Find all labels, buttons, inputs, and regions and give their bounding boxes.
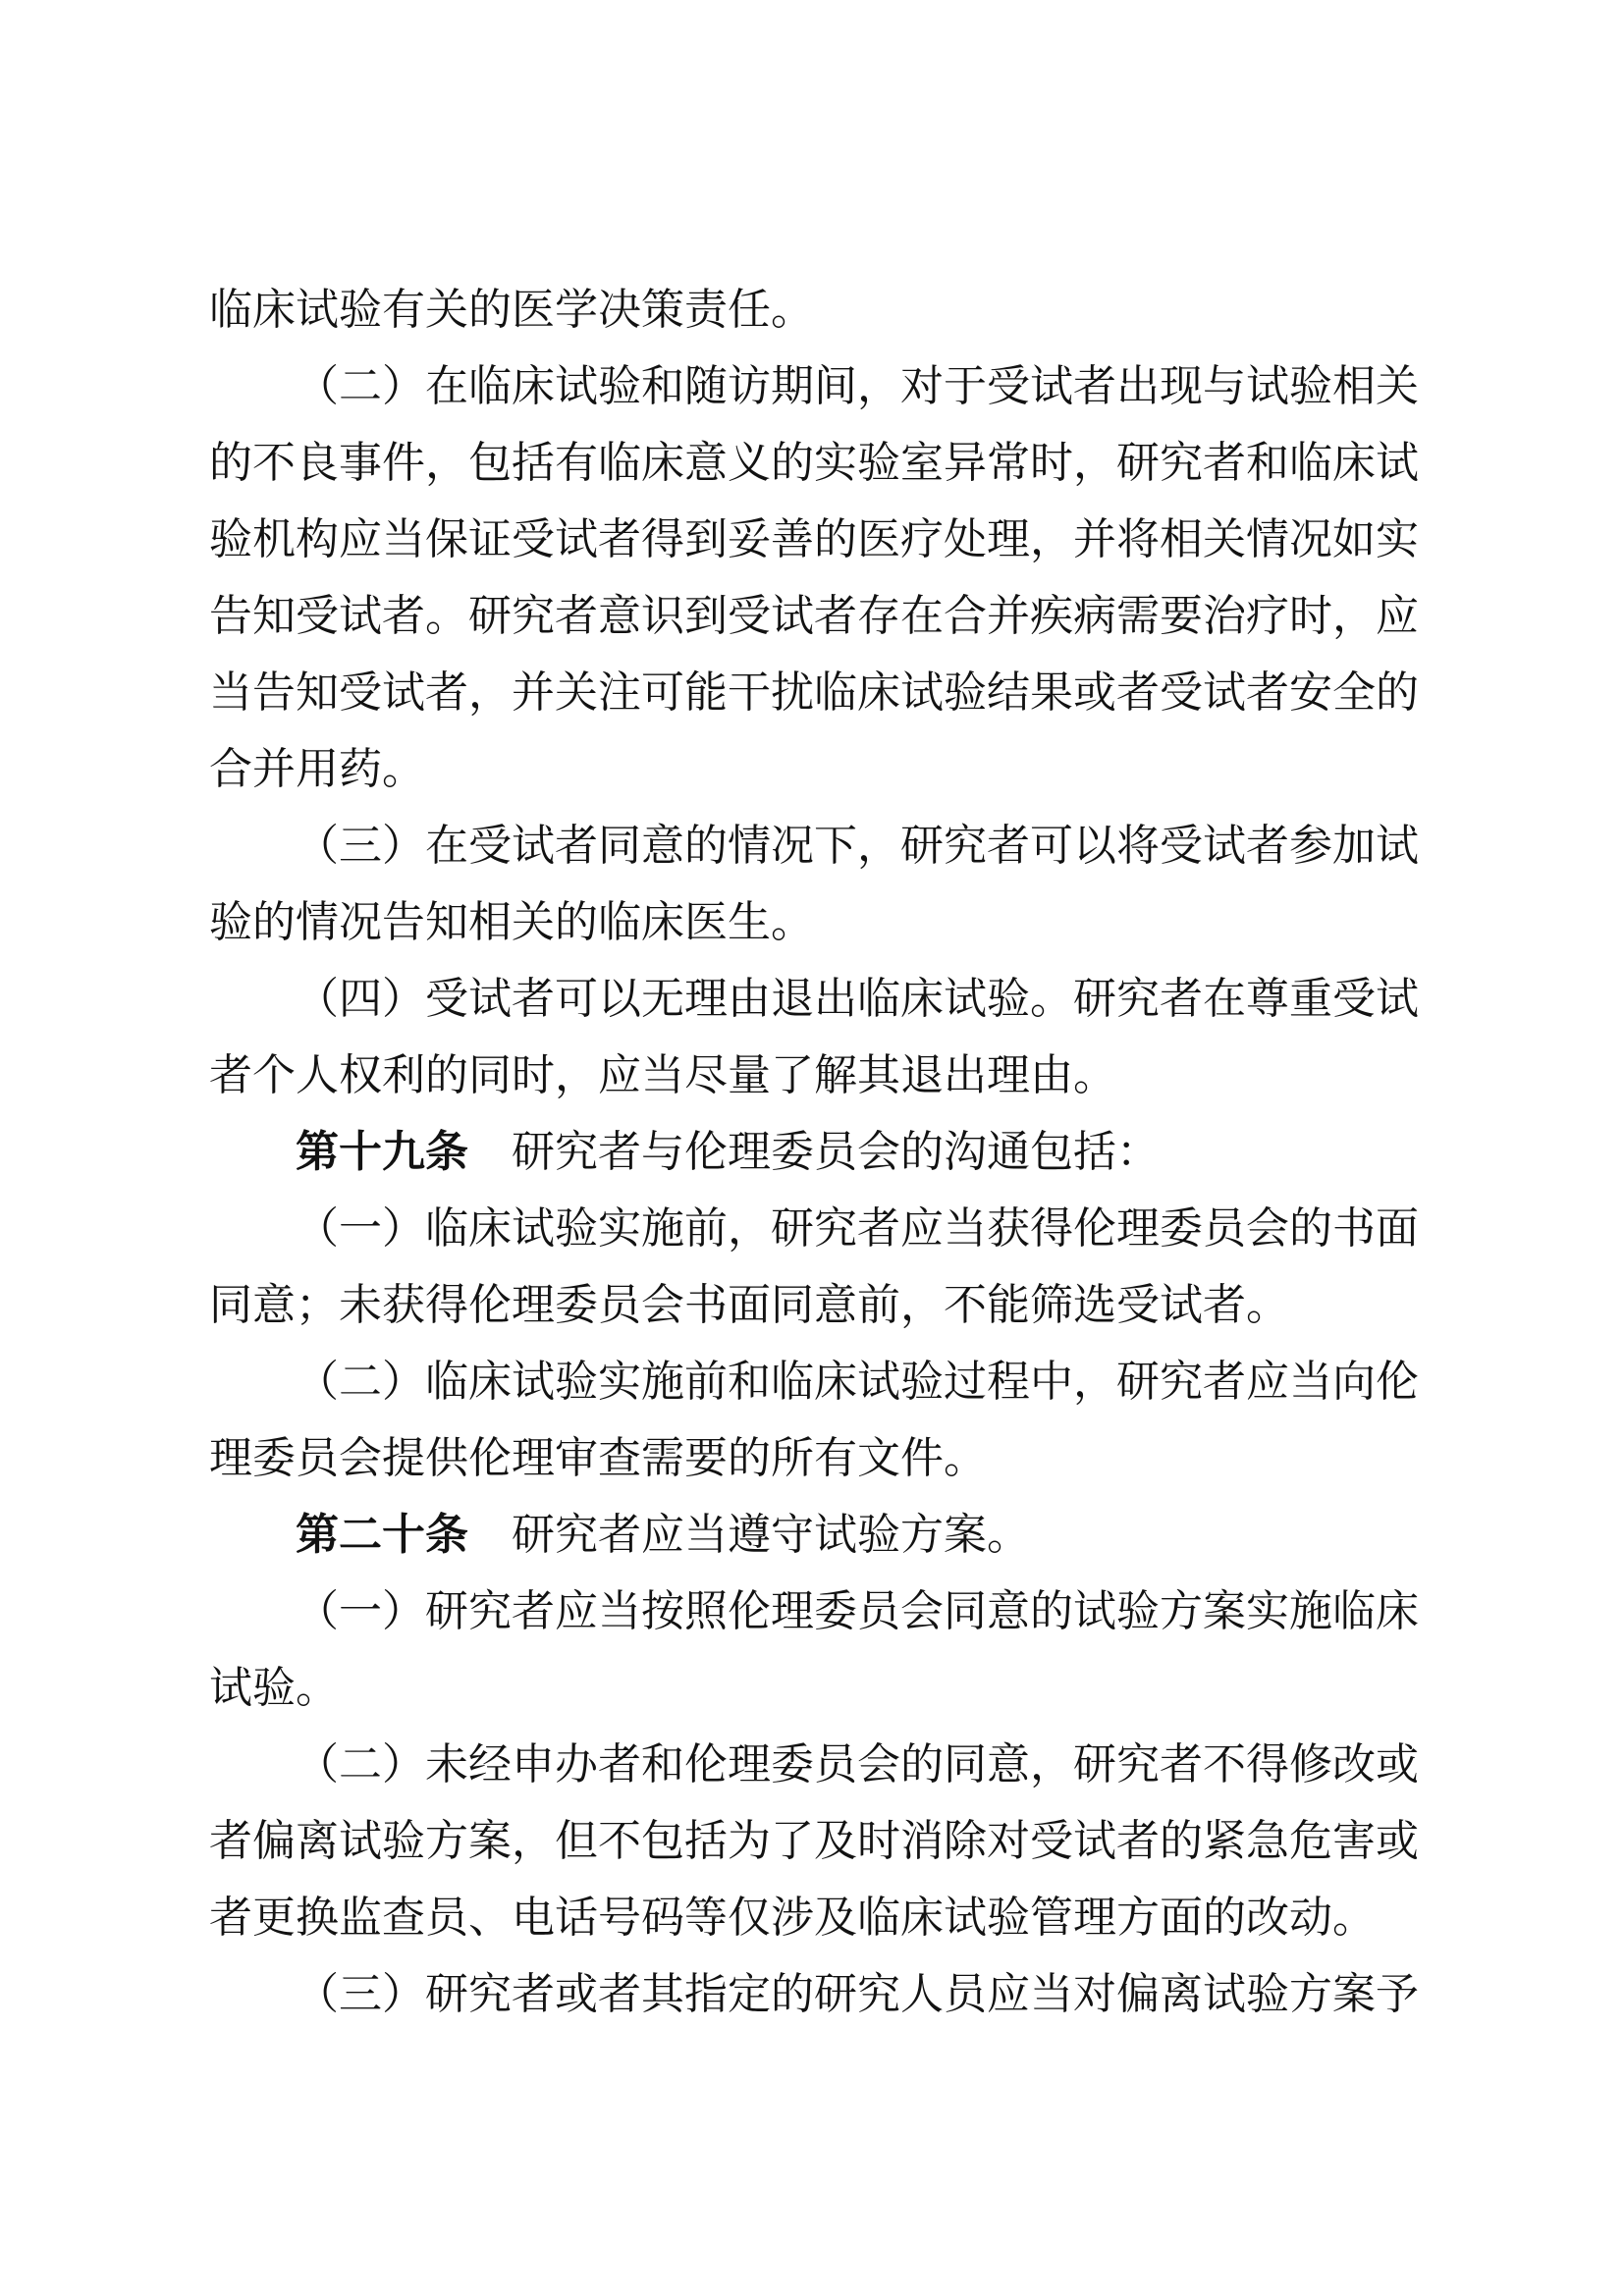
text-line: （一）研究者应当按照伦理委员会同意的试验方案实施临床 <box>209 1574 1415 1650</box>
line-text: （三）研究者或者其指定的研究人员应当对偏离试验方案予 <box>296 1969 1419 2019</box>
text-line: （一）临床试验实施前，研究者应当获得伦理委员会的书面 <box>209 1191 1415 1267</box>
line-text: 同意；未获得伦理委员会书面同意前，不能筛选受试者。 <box>209 1280 1289 1330</box>
line-text: 临床试验有关的医学决策责任。 <box>209 285 814 335</box>
text-line: 临床试验有关的医学决策责任。 <box>209 272 1415 348</box>
line-text: 者偏离试验方案，但不包括为了及时消除对受试者的紧急危害或 <box>209 1816 1419 1866</box>
line-text: 理委员会提供伦理审查需要的所有文件。 <box>209 1433 987 1483</box>
line-text: 告知受试者。研究者意识到受试者存在合并疾病需要治疗时，应 <box>209 591 1419 641</box>
line-text: 者更换监查员、电话号码等仅涉及临床试验管理方面的改动。 <box>209 1893 1376 1943</box>
line-text: 当告知受试者，并关注可能干扰临床试验结果或者受试者安全的 <box>209 667 1419 718</box>
line-text: 验机构应当保证受试者得到妥善的医疗处理，并将相关情况如实 <box>209 514 1419 564</box>
text-line: 者个人权利的同时，应当尽量了解其退出理由。 <box>209 1038 1415 1114</box>
text-line: （三）研究者或者其指定的研究人员应当对偏离试验方案予 <box>209 1956 1415 2033</box>
text-line: 同意；未获得伦理委员会书面同意前，不能筛选受试者。 <box>209 1267 1415 1344</box>
text-line: 合并用药。 <box>209 731 1415 808</box>
line-text: 验的情况告知相关的临床医生。 <box>209 897 814 947</box>
line-text: 研究者应当遵守试验方案。 <box>468 1510 1030 1560</box>
text-line: 第十九条 研究者与伦理委员会的沟通包括： <box>209 1114 1415 1191</box>
line-text: （三）在受试者同意的情况下，研究者可以将受试者参加试 <box>296 821 1419 871</box>
text-line: （四）受试者可以无理由退出临床试验。研究者在尊重受试 <box>209 961 1415 1038</box>
text-line: （二）在临床试验和随访期间，对于受试者出现与试验相关 <box>209 348 1415 425</box>
document-page: 临床试验有关的医学决策责任。（二）在临床试验和随访期间，对于受试者出现与试验相关… <box>0 0 1624 2296</box>
text-line: 者更换监查员、电话号码等仅涉及临床试验管理方面的改动。 <box>209 1880 1415 1956</box>
line-text: （二）在临床试验和随访期间，对于受试者出现与试验相关 <box>296 361 1419 411</box>
line-text: 研究者与伦理委员会的沟通包括： <box>468 1127 1160 1177</box>
article-number: 第十九条 <box>296 1127 468 1177</box>
line-text: （一）研究者应当按照伦理委员会同意的试验方案实施临床 <box>296 1586 1419 1636</box>
text-line: 验机构应当保证受试者得到妥善的医疗处理，并将相关情况如实 <box>209 502 1415 578</box>
text-line: （二）临床试验实施前和临床试验过程中，研究者应当向伦 <box>209 1344 1415 1420</box>
text-line: 理委员会提供伦理审查需要的所有文件。 <box>209 1420 1415 1497</box>
line-text: 试验。 <box>209 1663 339 1713</box>
text-line: 当告知受试者，并关注可能干扰临床试验结果或者受试者安全的 <box>209 655 1415 731</box>
article-number: 第二十条 <box>296 1510 468 1560</box>
text-line: 告知受试者。研究者意识到受试者存在合并疾病需要治疗时，应 <box>209 578 1415 655</box>
line-text: （二）临床试验实施前和临床试验过程中，研究者应当向伦 <box>296 1357 1419 1407</box>
text-line: （三）在受试者同意的情况下，研究者可以将受试者参加试 <box>209 808 1415 884</box>
text-line: 者偏离试验方案，但不包括为了及时消除对受试者的紧急危害或 <box>209 1803 1415 1880</box>
text-line: 第二十条 研究者应当遵守试验方案。 <box>209 1497 1415 1574</box>
text-line: （二）未经申办者和伦理委员会的同意，研究者不得修改或 <box>209 1727 1415 1803</box>
line-text: 的不良事件，包括有临床意义的实验室异常时，研究者和临床试 <box>209 438 1419 488</box>
line-text: 者个人权利的同时，应当尽量了解其退出理由。 <box>209 1050 1116 1100</box>
text-line: 验的情况告知相关的临床医生。 <box>209 884 1415 961</box>
text-block: 临床试验有关的医学决策责任。（二）在临床试验和随访期间，对于受试者出现与试验相关… <box>209 272 1415 2033</box>
text-line: 的不良事件，包括有临床意义的实验室异常时，研究者和临床试 <box>209 425 1415 502</box>
text-line: 试验。 <box>209 1650 1415 1727</box>
line-text: （一）临床试验实施前，研究者应当获得伦理委员会的书面 <box>296 1203 1419 1254</box>
line-text: （四）受试者可以无理由退出临床试验。研究者在尊重受试 <box>296 974 1419 1024</box>
line-text: （二）未经申办者和伦理委员会的同意，研究者不得修改或 <box>296 1739 1419 1789</box>
line-text: 合并用药。 <box>209 744 425 794</box>
